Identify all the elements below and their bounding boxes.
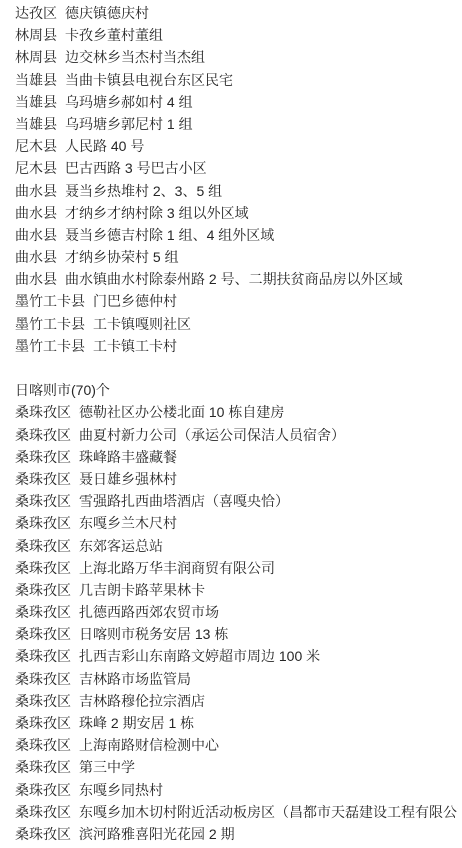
risk-area-document: 达孜区德庆镇德庆村 林周县卡孜乡董村董组 林周县边交林乡当杰村当杰组 当雄县当曲…: [0, 0, 462, 848]
address-label: 聂当乡德吉村除 1 组、4 组外区域: [65, 227, 274, 243]
district-label: 墨竹工卡县: [15, 335, 85, 357]
city-section-items: 达孜区德庆镇德庆村 林周县卡孜乡董村董组 林周县边交林乡当杰村当杰组 当雄县当曲…: [15, 2, 458, 357]
district-label: 桑珠孜区: [15, 401, 71, 423]
list-item: 墨竹工卡县门巴乡德仲村: [15, 290, 458, 312]
city-section: 日喀则市(70)个 桑珠孜区德勒社区办公楼北面 10 栋自建房 桑珠孜区曲夏村新…: [15, 357, 458, 845]
district-label: 桑珠孜区: [15, 468, 71, 490]
address-label: 乌玛塘乡郝如村 4 组: [65, 94, 193, 110]
district-label: 墨竹工卡县: [15, 313, 85, 335]
list-item: 桑珠孜区东嘎乡加木切村附近活动板房区（昌都市天磊建设工程有限公司）: [15, 801, 458, 823]
district-label: 当雄县: [15, 91, 57, 113]
list-item: 桑珠孜区曲夏村新力公司（承运公司保洁人员宿舍）: [15, 424, 458, 446]
district-label: 曲水县: [15, 180, 57, 202]
address-label: 第三中学: [79, 759, 135, 775]
district-label: 桑珠孜区: [15, 512, 71, 534]
list-item: 达孜区德庆镇德庆村: [15, 2, 458, 24]
list-item: 桑珠孜区珠峰路丰盛藏餐: [15, 446, 458, 468]
list-item: 当雄县当曲卡镇县电视台东区民宅: [15, 69, 458, 91]
list-item: 桑珠孜区吉林路市场监管局: [15, 668, 458, 690]
address-label: 吉林路市场监管局: [79, 671, 191, 687]
list-item: 桑珠孜区聂日雄乡强林村: [15, 468, 458, 490]
city-section: 达孜区德庆镇德庆村 林周县卡孜乡董村董组 林周县边交林乡当杰村当杰组 当雄县当曲…: [15, 2, 458, 357]
address-label: 珠峰路丰盛藏餐: [79, 449, 177, 465]
list-item: 曲水县曲水镇曲水村除泰州路 2 号、二期扶贫商品房以外区域: [15, 268, 458, 290]
address-label: 工卡镇工卡村: [93, 338, 177, 354]
list-item: 当雄县乌玛塘乡郭尼村 1 组: [15, 113, 458, 135]
address-label: 乌玛塘乡郭尼村 1 组: [65, 116, 193, 132]
district-label: 桑珠孜区: [15, 801, 71, 823]
list-item: 桑珠孜区雪强路扎西曲塔酒店（喜嘎央恰）: [15, 490, 458, 512]
district-label: 桑珠孜区: [15, 668, 71, 690]
list-item: 曲水县才纳乡协荣村 5 组: [15, 246, 458, 268]
list-item: 当雄县乌玛塘乡郝如村 4 组: [15, 91, 458, 113]
address-label: 才纳乡协荣村 5 组: [65, 249, 179, 265]
list-item: 桑珠孜区上海北路万华丰润商贸有限公司: [15, 557, 458, 579]
address-label: 当曲卡镇县电视台东区民宅: [65, 72, 233, 88]
address-label: 门巴乡德仲村: [93, 293, 177, 309]
list-item: 曲水县才纳乡才纳村除 3 组以外区域: [15, 202, 458, 224]
district-label: 达孜区: [15, 2, 57, 24]
district-label: 曲水县: [15, 202, 57, 224]
list-item: 曲水县聂当乡热堆村 2、3、5 组: [15, 180, 458, 202]
list-item: 林周县卡孜乡董村董组: [15, 24, 458, 46]
list-item: 曲水县聂当乡德吉村除 1 组、4 组外区域: [15, 224, 458, 246]
address-label: 东嘎乡兰木尺村: [79, 515, 177, 531]
list-item: 墨竹工卡县工卡镇嘎则社区: [15, 313, 458, 335]
district-label: 桑珠孜区: [15, 557, 71, 579]
address-label: 曲夏村新力公司（承运公司保洁人员宿舍）: [79, 427, 345, 443]
address-label: 东嘎乡同热村: [79, 782, 163, 798]
address-label: 上海北路万华丰润商贸有限公司: [79, 560, 275, 576]
district-label: 曲水县: [15, 224, 57, 246]
list-item: 桑珠孜区东郊客运总站: [15, 535, 458, 557]
address-label: 扎西吉彩山东南路文婷超市周边 100 米: [79, 648, 320, 664]
section-gap: [15, 357, 458, 379]
address-label: 滨河路雅喜阳光花园 2 期: [79, 826, 235, 842]
list-item: 墨竹工卡县工卡镇工卡村: [15, 335, 458, 357]
district-label: 桑珠孜区: [15, 690, 71, 712]
district-label: 林周县: [15, 24, 57, 46]
list-item: 桑珠孜区第三中学: [15, 756, 458, 778]
section-list: 达孜区德庆镇德庆村 林周县卡孜乡董村董组 林周县边交林乡当杰村当杰组 当雄县当曲…: [15, 2, 458, 845]
district-label: 林周县: [15, 46, 57, 68]
district-label: 桑珠孜区: [15, 579, 71, 601]
list-item: 桑珠孜区东嘎乡兰木尺村: [15, 512, 458, 534]
district-label: 当雄县: [15, 69, 57, 91]
list-item: 桑珠孜区上海南路财信检测中心: [15, 734, 458, 756]
list-item: 桑珠孜区德勒社区办公楼北面 10 栋自建房: [15, 401, 458, 423]
district-label: 曲水县: [15, 246, 57, 268]
list-item: 桑珠孜区滨河路雅喜阳光花园 2 期: [15, 823, 458, 845]
city-section-items: 桑珠孜区德勒社区办公楼北面 10 栋自建房 桑珠孜区曲夏村新力公司（承运公司保洁…: [15, 401, 458, 845]
list-item: 桑珠孜区吉林路穆伦拉宗酒店: [15, 690, 458, 712]
address-label: 人民路 40 号: [65, 138, 144, 154]
district-label: 桑珠孜区: [15, 424, 71, 446]
list-item: 桑珠孜区几吉朗卡路苹果林卡: [15, 579, 458, 601]
district-label: 桑珠孜区: [15, 756, 71, 778]
district-label: 曲水县: [15, 268, 57, 290]
district-label: 桑珠孜区: [15, 779, 71, 801]
address-label: 才纳乡才纳村除 3 组以外区域: [65, 205, 249, 221]
district-label: 桑珠孜区: [15, 446, 71, 468]
list-item: 桑珠孜区扎西吉彩山东南路文婷超市周边 100 米: [15, 645, 458, 667]
address-label: 卡孜乡董村董组: [65, 27, 163, 43]
district-label: 尼木县: [15, 157, 57, 179]
address-label: 边交林乡当杰村当杰组: [65, 49, 205, 65]
address-label: 扎德西路西郊农贸市场: [79, 604, 219, 620]
district-label: 当雄县: [15, 113, 57, 135]
district-label: 桑珠孜区: [15, 645, 71, 667]
address-label: 聂当乡热堆村 2、3、5 组: [65, 183, 222, 199]
list-item: 桑珠孜区东嘎乡同热村: [15, 779, 458, 801]
address-label: 巴古西路 3 号巴古小区: [65, 160, 207, 176]
district-label: 桑珠孜区: [15, 535, 71, 557]
district-label: 桑珠孜区: [15, 823, 71, 845]
district-label: 桑珠孜区: [15, 734, 71, 756]
list-item: 桑珠孜区日喀则市税务安居 13 栋: [15, 623, 458, 645]
address-label: 东嘎乡加木切村附近活动板房区（昌都市天磊建设工程有限公司）: [79, 804, 458, 820]
district-label: 桑珠孜区: [15, 623, 71, 645]
list-item: 桑珠孜区珠峰 2 期安居 1 栋: [15, 712, 458, 734]
address-label: 聂日雄乡强林村: [79, 471, 177, 487]
address-label: 日喀则市税务安居 13 栋: [79, 626, 228, 642]
address-label: 上海南路财信检测中心: [79, 737, 219, 753]
address-label: 几吉朗卡路苹果林卡: [79, 582, 205, 598]
address-label: 曲水镇曲水村除泰州路 2 号、二期扶贫商品房以外区域: [65, 271, 403, 287]
district-label: 桑珠孜区: [15, 712, 71, 734]
city-section-header: 日喀则市(70)个: [15, 379, 458, 401]
district-label: 墨竹工卡县: [15, 290, 85, 312]
address-label: 吉林路穆伦拉宗酒店: [79, 693, 205, 709]
district-label: 尼木县: [15, 135, 57, 157]
address-label: 珠峰 2 期安居 1 栋: [79, 715, 194, 731]
address-label: 德勒社区办公楼北面 10 栋自建房: [79, 404, 284, 420]
address-label: 工卡镇嘎则社区: [93, 316, 191, 332]
list-item: 林周县边交林乡当杰村当杰组: [15, 46, 458, 68]
list-item: 尼木县人民路 40 号: [15, 135, 458, 157]
address-label: 德庆镇德庆村: [65, 5, 149, 21]
district-label: 桑珠孜区: [15, 601, 71, 623]
address-label: 雪强路扎西曲塔酒店（喜嘎央恰）: [79, 493, 289, 509]
list-item: 尼木县巴古西路 3 号巴古小区: [15, 157, 458, 179]
list-item: 桑珠孜区扎德西路西郊农贸市场: [15, 601, 458, 623]
address-label: 东郊客运总站: [79, 538, 163, 554]
district-label: 桑珠孜区: [15, 490, 71, 512]
